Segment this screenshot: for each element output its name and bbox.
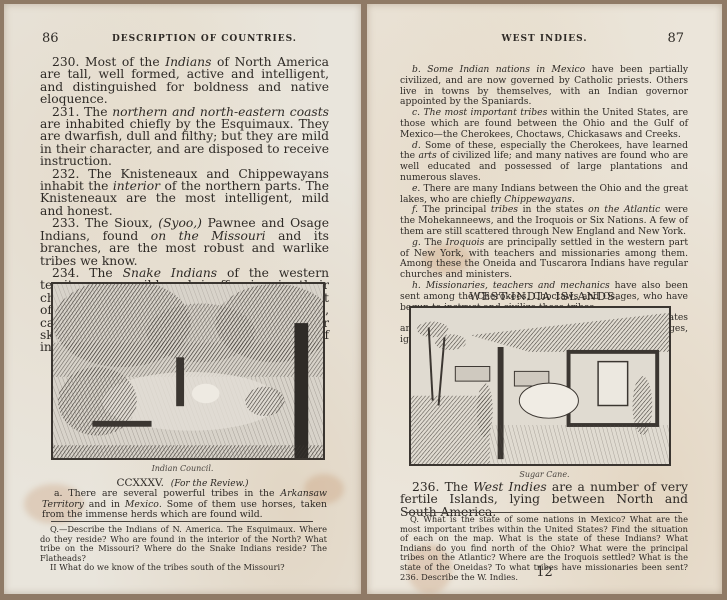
- review-paragraph: a. There are several powerful tribes in …: [42, 489, 327, 521]
- page-number: 86: [42, 31, 59, 46]
- engraving-indian-council-icon: [53, 284, 323, 458]
- paragraph-231: 231. The northern and north-eastern coas…: [40, 106, 329, 168]
- book-spread: 86 DESCRIPTION OF COUNTRIES. 230. Most o…: [0, 0, 727, 600]
- figure-caption: Sugar Cane.: [367, 470, 722, 479]
- paragraph-g: g. The Iroquois are principally settled …: [400, 238, 688, 281]
- question-block: II What do we know of the tribes south o…: [40, 563, 327, 573]
- question-block: Q.—Describe the Indians of N. America. T…: [40, 525, 327, 563]
- running-title: DESCRIPTION OF COUNTRIES.: [72, 34, 323, 44]
- paragraph-230: 230. Most of the Indians of North Americ…: [40, 56, 329, 106]
- paragraph-f: f. The principal tribes in the states on…: [400, 205, 688, 237]
- page-number: 87: [667, 31, 684, 46]
- paragraph-c: c. The most important tribes within the …: [400, 108, 688, 140]
- engraving-sugar-cane-icon: [411, 308, 669, 464]
- paragraph-b: b. Some Indian nations in Mexico have be…: [400, 65, 688, 108]
- left-page: 86 DESCRIPTION OF COUNTRIES. 230. Most o…: [4, 4, 361, 594]
- running-head: WEST INDIES. 87: [405, 34, 684, 48]
- main-text: b. Some Indian nations in Mexico have be…: [400, 65, 688, 346]
- paragraph-233: 233. The Sioux, (Syoo,) Pawnee and Osage…: [40, 217, 329, 267]
- paragraph-232: 232. The Knisteneaux and Chippewayans in…: [40, 168, 329, 218]
- signature-mark: 12: [367, 565, 722, 580]
- running-head: 86 DESCRIPTION OF COUNTRIES.: [42, 34, 323, 48]
- indian-council-engraving: [51, 282, 325, 460]
- review-questions: Q.—Describe the Indians of N. America. T…: [40, 525, 327, 573]
- section-title: WEST-INDIA ISLANDS.: [367, 290, 722, 303]
- figure-caption: Indian Council.: [4, 464, 361, 473]
- right-page: WEST INDIES. 87 b. Some Indian nations i…: [367, 4, 722, 594]
- sugar-cane-engraving: [409, 306, 671, 466]
- divider-rule: [405, 512, 682, 513]
- divider-rule: [51, 521, 313, 522]
- running-title: WEST INDIES.: [405, 34, 684, 44]
- paragraph-e: e. There are many Indians between the Oh…: [400, 184, 688, 206]
- paragraph-d: d. Some of these, especially the Cheroke…: [400, 141, 688, 184]
